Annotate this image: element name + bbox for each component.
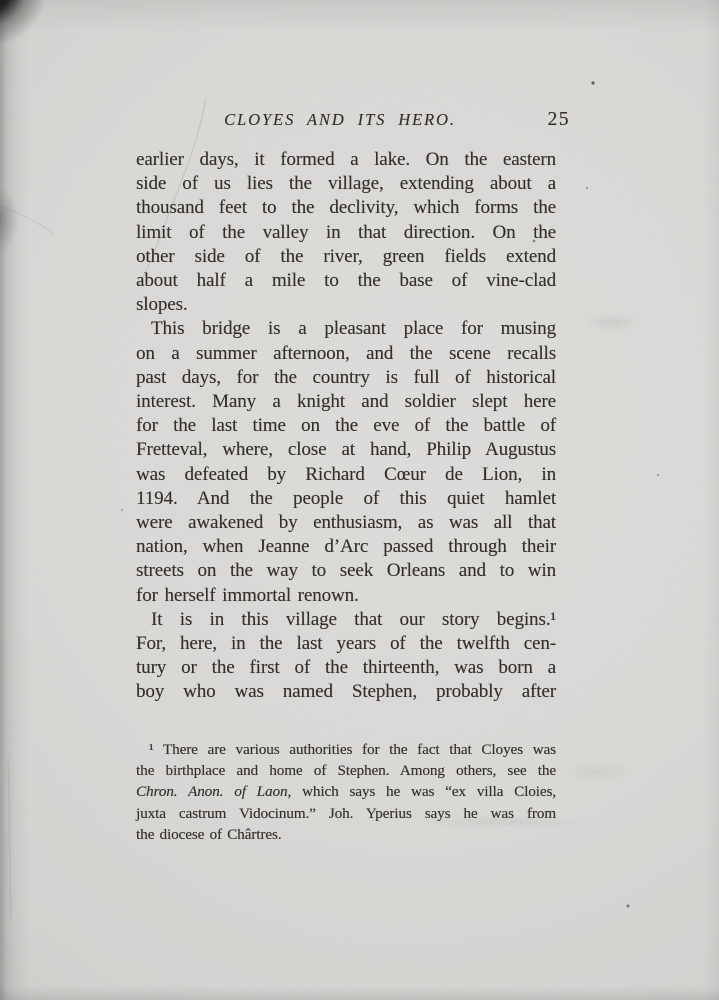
text-line: for the last time on the eve of the batt… [136,414,556,438]
text-line: past days, for the country is full of hi… [136,366,556,390]
footnote: ¹ There are various authorities for the … [136,739,556,845]
running-header: CLOYES AND ITS HERO. 25 [136,110,570,136]
page-number: 25 [548,109,571,131]
footnote-line: the diocese of Chârtres. [136,824,556,845]
text-line: This bridge is a pleasant place for musi… [136,317,556,341]
text-line: 1194. And the people of this quiet hamle… [136,487,556,511]
text-line: interest. Many a knight and soldier slep… [136,390,556,414]
ink-speck [627,905,630,908]
text-line: were awakened by enthusiasm, as was all … [136,511,556,535]
text-line: For, here, in the last years of the twel… [136,632,556,656]
text-line: tury or the first of the thirteenth, was… [136,656,556,680]
footnote-line: juxta castrum Vidocinum.” Joh. Yperius s… [136,803,556,824]
running-title: CLOYES AND ITS HERO. [136,110,544,130]
text-line: limit of the valley in that direction. O… [136,221,556,245]
text-line: for herself immortal renown. [136,584,556,608]
text-line: streets on the way to seek Orleans and t… [136,559,556,583]
footnote-line: the birthplace and home of Stephen. Amon… [136,760,556,781]
text-line: nation, when Jeanne d’Arc passed through… [136,535,556,559]
ink-speck [591,81,594,84]
ink-speck [121,509,123,511]
paragraph-3: It is in this village that our story beg… [136,608,556,705]
paragraph-1: earlier days, it formed a lake. On the e… [136,148,556,317]
paper-crack-line [0,206,53,233]
footnote-line: Chron. Anon. of Laon, which says he was … [136,781,556,802]
text-line: It is in this village that our story beg… [136,608,556,632]
footnote-line: ¹ There are various authorities for the … [136,739,556,760]
text-line: other side of the river, green fields ex… [136,245,556,269]
footnote-line-rest: which says he was “ex villa Cloies, [291,783,556,800]
text-line: slopes. [136,293,556,317]
text-line: on a summer afternoon, and the scene rec… [136,342,556,366]
text-line: Fretteval, where, close at hand, Philip … [136,438,556,462]
ink-speck [586,187,588,189]
text-line: earlier days, it formed a lake. On the e… [136,148,556,172]
book-page-scan: CLOYES AND ITS HERO. 25 earlier days, it… [0,0,719,1000]
text-line: about half a mile to the base of vine-cl… [136,269,556,293]
text-line: side of us lies the village, extending a… [136,172,556,196]
ink-speck [657,474,659,476]
paragraph-2: This bridge is a pleasant place for musi… [136,317,556,607]
page-body: earlier days, it formed a lake. On the e… [136,148,556,705]
page-edge-line [8,758,11,918]
footnote-citation: Chron. Anon. of Laon, [136,783,291,800]
text-line: thousand feet to the declivity, which fo… [136,196,556,220]
text-line: boy who was named Stephen, probably afte… [136,680,556,704]
text-line: was defeated by Richard Cœur de Lion, in [136,463,556,487]
